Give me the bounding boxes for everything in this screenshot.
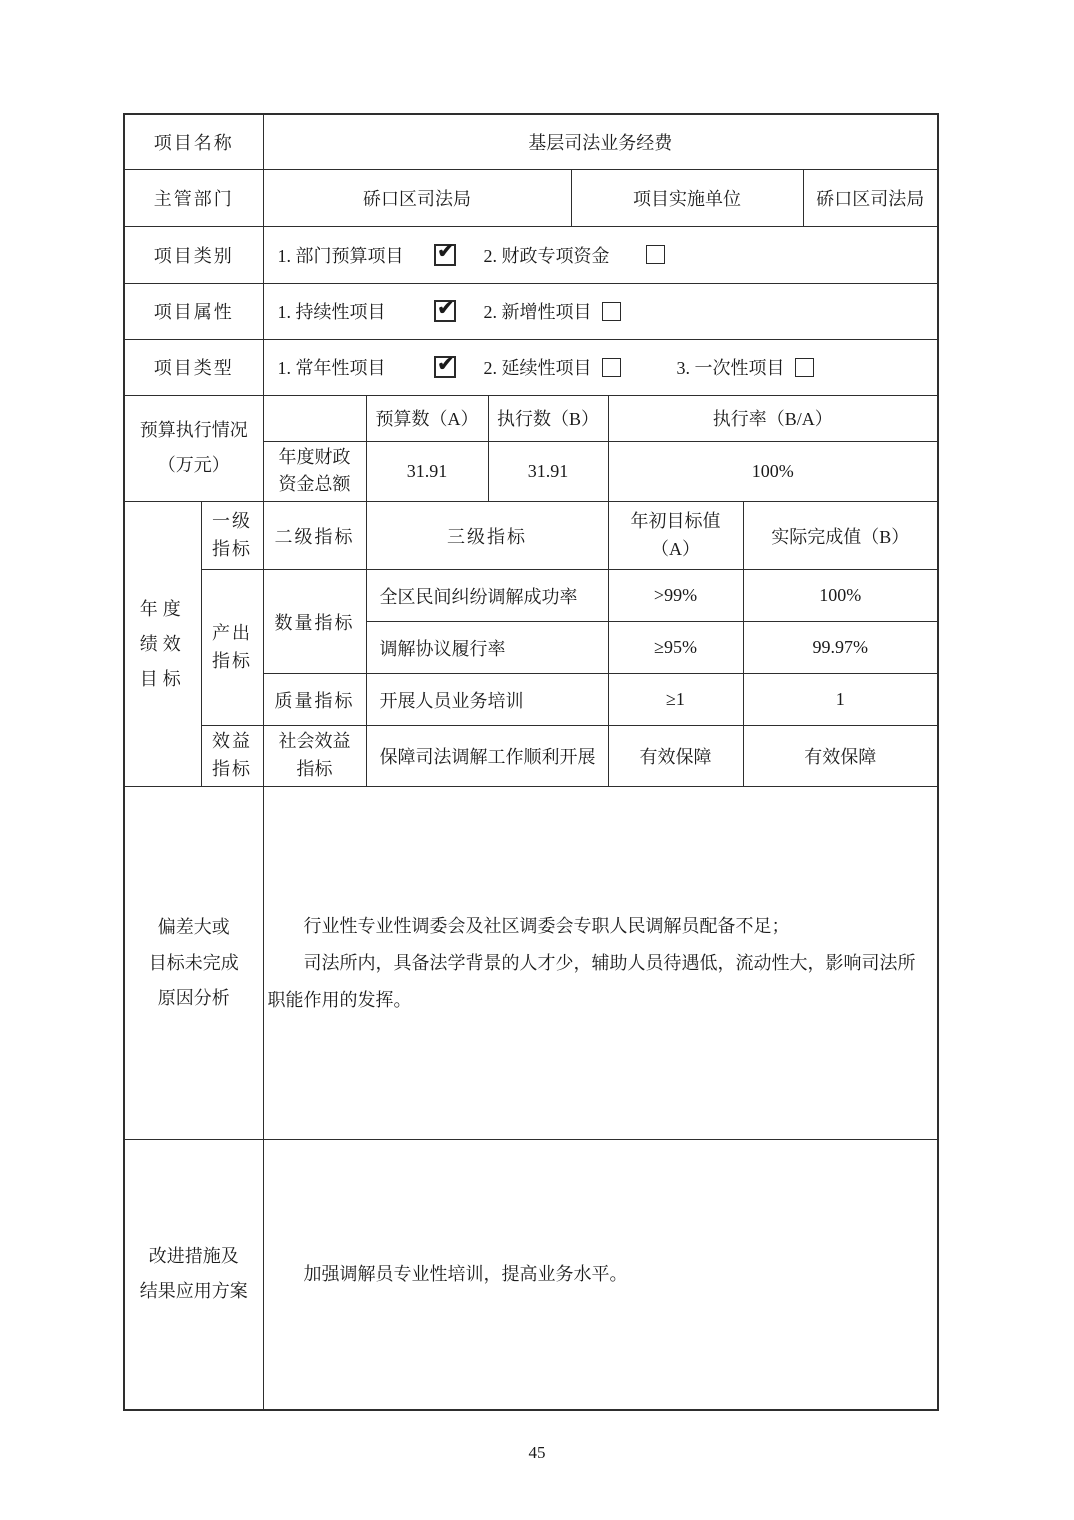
category-option1-label: 1. 部门预算项目 bbox=[278, 242, 434, 268]
budget-rate-value: 100% bbox=[608, 441, 938, 502]
type-option-row: 1. 常年性项目 ✔ 2. 延续性项目 3. 一次性项目 bbox=[278, 354, 934, 380]
category-option2-label: 2. 财政专项资金 bbox=[484, 242, 610, 268]
type-option1-label: 1. 常年性项目 bbox=[278, 354, 434, 380]
indicator-name: 保障司法调解工作顺利开展 bbox=[366, 726, 608, 787]
type-option3-label: 3. 一次性项目 bbox=[677, 354, 785, 380]
indicator-actual: 1 bbox=[743, 674, 938, 726]
output-indicator-label: 产出 指标 bbox=[201, 570, 263, 726]
actual-header: 实际完成值（B） bbox=[743, 502, 938, 570]
checked-checkbox-icon: ✔ bbox=[434, 356, 456, 378]
social-benefit-label: 社会效益 指标 bbox=[263, 726, 366, 787]
indicator-name: 开展人员业务培训 bbox=[366, 674, 608, 726]
budget-row-label: 年度财政 资金总额 bbox=[263, 441, 366, 502]
level1-header: 一级 指标 bbox=[201, 502, 263, 570]
benefit-indicator-label: 效益 指标 bbox=[201, 726, 263, 787]
deviation-paragraph-1: 行业性专业性调委会及社区调委会专职人民调解员配备不足； bbox=[268, 908, 928, 945]
indicator-actual: 有效保障 bbox=[743, 726, 938, 787]
budget-section-label: 预算执行情况 （万元） bbox=[124, 395, 263, 502]
impl-unit-value: 硚口区司法局 bbox=[803, 169, 938, 226]
category-option-row: 1. 部门预算项目 ✔ 2. 财政专项资金 bbox=[278, 242, 934, 268]
indicator-actual: 99.97% bbox=[743, 622, 938, 674]
department-value: 硚口区司法局 bbox=[263, 169, 571, 226]
page-number: 45 bbox=[0, 1443, 1074, 1463]
performance-section-label: 年度 绩效 目标 bbox=[124, 502, 201, 787]
budget-value-b: 31.91 bbox=[488, 441, 608, 502]
attribute-option2-label: 2. 新增性项目 bbox=[484, 298, 592, 324]
budget-rate-header: 执行率（B/A） bbox=[608, 395, 938, 441]
deviation-paragraph-2: 司法所内，具备法学背景的人才少，辅助人员待遇低，流动性大，影响司法所职能作用的发… bbox=[268, 945, 928, 1019]
level2-header: 二级指标 bbox=[263, 502, 366, 570]
checked-checkbox-icon: ✔ bbox=[434, 300, 456, 322]
category-options: 1. 部门预算项目 ✔ 2. 财政专项资金 bbox=[263, 226, 938, 283]
project-name-label: 项目名称 bbox=[124, 114, 263, 169]
level3-header: 三级指标 bbox=[366, 502, 608, 570]
target-header: 年初目标值 （A） bbox=[608, 502, 743, 570]
indicator-target: 有效保障 bbox=[608, 726, 743, 787]
indicator-target: ≥95% bbox=[608, 622, 743, 674]
checked-checkbox-icon: ✔ bbox=[434, 244, 456, 266]
project-name-value: 基层司法业务经费 bbox=[263, 114, 938, 169]
empty-checkbox-icon bbox=[602, 302, 621, 321]
empty-checkbox-icon bbox=[602, 358, 621, 377]
improvement-text: 加强调解员专业性培训，提高业务水平。 bbox=[263, 1140, 938, 1410]
type-label: 项目类型 bbox=[124, 339, 263, 395]
indicator-actual: 100% bbox=[743, 570, 938, 622]
quality-indicator-label: 质量指标 bbox=[263, 674, 366, 726]
indicator-name: 调解协议履行率 bbox=[366, 622, 608, 674]
attribute-label: 项目属性 bbox=[124, 283, 263, 339]
type-options: 1. 常年性项目 ✔ 2. 延续性项目 3. 一次性项目 bbox=[263, 339, 938, 395]
improvement-label: 改进措施及 结果应用方案 bbox=[124, 1140, 263, 1410]
document-page: 项目名称 基层司法业务经费 主管部门 硚口区司法局 项目实施单位 硚口区司法局 … bbox=[0, 0, 1074, 1520]
quantity-indicator-label: 数量指标 bbox=[263, 570, 366, 674]
attribute-options: 1. 持续性项目 ✔ 2. 新增性项目 bbox=[263, 283, 938, 339]
category-label: 项目类别 bbox=[124, 226, 263, 283]
empty-checkbox-icon bbox=[646, 245, 665, 264]
indicator-target: ≥1 bbox=[608, 674, 743, 726]
performance-evaluation-table: 项目名称 基层司法业务经费 主管部门 硚口区司法局 项目实施单位 硚口区司法局 … bbox=[123, 113, 939, 1411]
attribute-option-row: 1. 持续性项目 ✔ 2. 新增性项目 bbox=[278, 298, 934, 324]
improvement-paragraph: 加强调解员专业性培训，提高业务水平。 bbox=[268, 1256, 928, 1293]
budget-empty-cell bbox=[263, 395, 366, 441]
budget-col-a-header: 预算数（A） bbox=[366, 395, 488, 441]
budget-value-a: 31.91 bbox=[366, 441, 488, 502]
budget-col-b-header: 执行数（B） bbox=[488, 395, 608, 441]
indicator-target: >99% bbox=[608, 570, 743, 622]
department-label: 主管部门 bbox=[124, 169, 263, 226]
deviation-label: 偏差大或 目标未完成 原因分析 bbox=[124, 787, 263, 1140]
type-option2-label: 2. 延续性项目 bbox=[484, 354, 592, 380]
empty-checkbox-icon bbox=[795, 358, 814, 377]
deviation-text: 行业性专业性调委会及社区调委会专职人民调解员配备不足； 司法所内，具备法学背景的… bbox=[263, 787, 938, 1140]
indicator-name: 全区民间纠纷调解成功率 bbox=[366, 570, 608, 622]
impl-unit-label: 项目实施单位 bbox=[571, 169, 803, 226]
attribute-option1-label: 1. 持续性项目 bbox=[278, 298, 434, 324]
